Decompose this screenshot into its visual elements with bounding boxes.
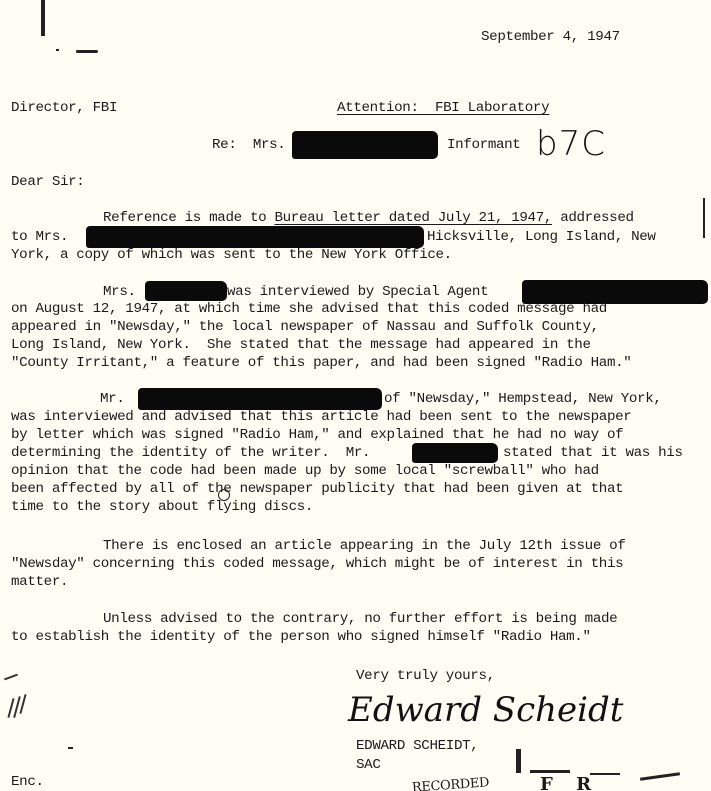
paragraph-5-line: Unless advised to the contrary, no furth… — [103, 610, 617, 628]
salutation: Dear Sir: — [11, 173, 84, 191]
paragraph-3-line: been affected by all of the newspaper pu… — [11, 480, 623, 498]
paragraph-3-line: of "Newsday," Hempstead, New York, — [384, 390, 662, 408]
attention-line: Attention: FBI Laboratory — [337, 99, 549, 117]
paragraph-2-line: appeared in "Newsday," the local newspap… — [11, 318, 599, 336]
paragraph-2-line: on August 12, 1947, at which time she ad… — [11, 300, 607, 318]
stamp-line — [640, 772, 680, 781]
redaction — [412, 443, 498, 463]
redaction — [145, 281, 227, 301]
paragraph-3-line: was interviewed and advised that this ar… — [11, 408, 631, 426]
margin-scribble — [4, 668, 54, 728]
margin-mark — [41, 0, 45, 36]
margin-mark — [68, 747, 73, 749]
paragraph-5-line: to establish the identity of the person … — [11, 628, 591, 646]
paragraph-4-line: matter. — [11, 573, 68, 591]
re-prefix: Re: Mrs. — [212, 136, 285, 154]
paragraph-1-line: to Mrs. — [11, 228, 68, 246]
signer-name: EDWARD SCHEIDT, — [356, 737, 478, 755]
closing: Very truly yours, — [356, 667, 495, 685]
signature: Edward Scheidt — [348, 690, 623, 730]
paragraph-3-line: time to the story about flying discs. — [11, 498, 313, 516]
paragraph-4-line: There is enclosed an article appearing i… — [103, 537, 626, 555]
margin-mark — [56, 49, 59, 51]
redaction — [138, 388, 382, 410]
paragraph-2-line: "County Irritant," a feature of this pap… — [11, 354, 631, 372]
letter-date: September 4, 1947 — [481, 28, 620, 46]
paragraph-1-line: York, a copy of which was sent to the Ne… — [11, 246, 452, 264]
paragraph-1-line: Hicksville, Long Island, New — [427, 228, 656, 246]
re-suffix: Informant — [447, 136, 520, 154]
paragraph-3-line: determining the identity of the writer. … — [11, 444, 370, 462]
paragraph-1-line: Reference is made to Bureau letter dated… — [103, 209, 634, 227]
stamp-line — [530, 770, 570, 773]
paragraph-4-line: "Newsday" concerning this coded message,… — [11, 555, 623, 573]
fbi-letter-document: September 4, 1947 Director, FBI Attentio… — [0, 0, 711, 791]
paragraph-3-line: by letter which was signed "Radio Ham," … — [11, 426, 623, 444]
stamp-letters: F R — [540, 776, 591, 791]
enclosure-note: Enc. — [11, 773, 44, 791]
paragraph-2-line: Mrs. — [103, 283, 136, 301]
redaction — [292, 131, 438, 159]
stamp-line — [590, 773, 620, 775]
margin-mark — [76, 50, 98, 53]
handwritten-code: b7C — [536, 124, 606, 164]
signer-title: SAC — [356, 756, 381, 774]
handwritten-circle-mark — [218, 489, 230, 501]
paragraph-3-line: Mr. — [100, 390, 125, 408]
redaction — [86, 226, 424, 248]
paragraph-3-line: stated that it was his — [503, 444, 683, 462]
margin-bar — [703, 198, 705, 238]
paragraph-2-line: was interviewed by Special Agent — [227, 283, 488, 301]
recorded-stamp: RECORDED — [411, 774, 489, 791]
paragraph-3-line: opinion that the code had been made up b… — [11, 462, 599, 480]
paragraph-2-line: Long Island, New York. She stated that t… — [11, 336, 591, 354]
stamp-mark — [516, 749, 521, 773]
addressee: Director, FBI — [11, 99, 117, 117]
